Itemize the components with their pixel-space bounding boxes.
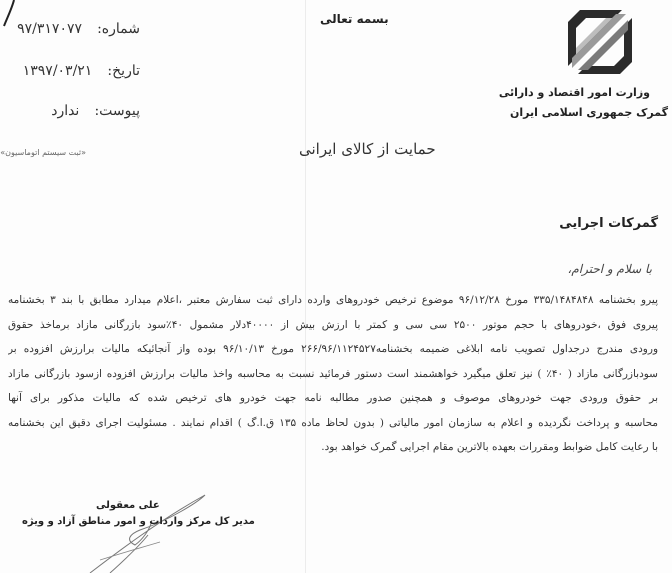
- signer-title: مدیر کل مرکز واردات و امور مناطق آزاد و …: [22, 516, 255, 527]
- letter-attachment: پیوست: ندارد: [51, 100, 140, 119]
- letter-date-value: ۱۳۹۷/۰۳/۲۱: [23, 63, 93, 79]
- bismillah-heading: بسمه تعالی: [320, 12, 389, 26]
- letter-number-label: شماره:: [97, 21, 140, 37]
- customs-logo-icon: [566, 8, 634, 76]
- greeting: با سلام و احترام،: [567, 262, 652, 276]
- letter-attachment-label: پیوست:: [94, 103, 140, 119]
- letter-body: پیرو بخشنامه ۳۳۵/۱۴۸۴۸۴۸ مورخ ۹۶/۱۲/۲۸ م…: [8, 288, 658, 460]
- slogan: حمایت از کالای ایرانی: [299, 140, 436, 158]
- body-line: ورودی مندرج درجداول تصویب نامه ابلاغی ضم…: [8, 337, 658, 362]
- body-line: با رعایت کامل ضوابط ومقررات بعهده بالاتر…: [8, 435, 658, 460]
- letter-date-label: تاریخ:: [107, 63, 140, 79]
- body-line: پیرو بخشنامه ۳۳۵/۱۴۸۴۸۴۸ مورخ ۹۶/۱۲/۲۸ م…: [8, 288, 658, 313]
- addressee: گمرکات اجرایی: [559, 216, 658, 231]
- body-line: محاسبه و پرداخت نگردیده و اعلام به سازما…: [8, 411, 658, 436]
- body-line: سودبازرگانی مازاد ( ۴۰٪ ) نیز تعلق میگیر…: [8, 362, 658, 387]
- org-ministry-name: وزارت امور اقتصاد و دارائی: [499, 86, 650, 99]
- letter-date: تاریخ: ۱۳۹۷/۰۳/۲۱: [23, 60, 140, 79]
- body-line: بر حقوق ورودی جهت خودروهای موصوف و همچنی…: [8, 386, 658, 411]
- automation-registration-note: «ثبت سیستم اتوماسیون»: [0, 148, 86, 157]
- letter-attachment-value: ندارد: [51, 103, 79, 119]
- paper-fold-line: [305, 0, 306, 573]
- body-line: پیروی فوق ،خودروهای با حجم موتور ۲۵۰۰ سی…: [8, 313, 658, 338]
- letter-number-value: ۹۷/۳۱۷۰۷۷: [17, 21, 82, 37]
- org-customs-name: گمرک جمهوری اسلامی ایران: [510, 106, 668, 119]
- letter-number: شماره: ۹۷/۳۱۷۰۷۷: [17, 18, 140, 37]
- signer-name: علی معقولی: [96, 500, 160, 511]
